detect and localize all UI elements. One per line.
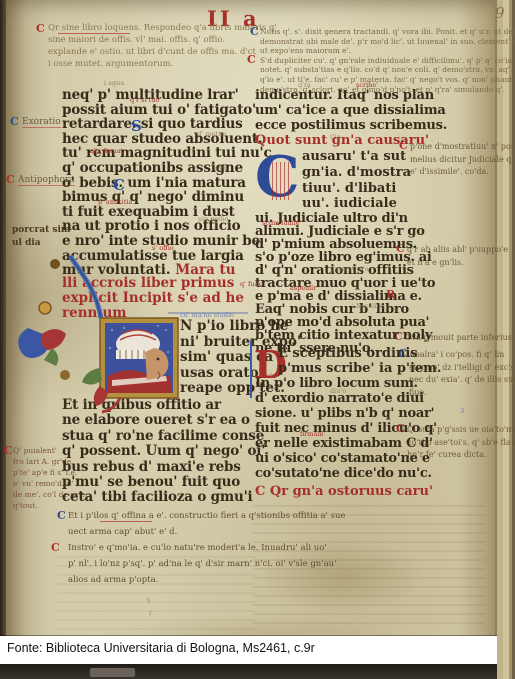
text-line: p' nl'. i lo'nz p'sq'. p' ad'na le q' d'… <box>68 556 345 572</box>
interlinear-gloss: s' offio <box>152 245 174 252</box>
interlinear-gloss: q'r si tuo <box>130 97 159 104</box>
interlinear-gloss: scribe' <box>356 82 378 89</box>
pen-initial-s: S <box>131 117 142 135</box>
manuscript-photo: II a 9 C Qr sine libro loquens. Responde… <box>0 0 515 679</box>
text-line: q' possent. Uum q' nego' oi' <box>62 444 265 459</box>
text-line: indicentur. Itaq' nos plan <box>255 88 447 103</box>
pen-initial-c: C <box>113 176 125 194</box>
text-line: bimus q' q' nego' diminu <box>62 190 272 205</box>
interlinear-gloss: vl' metua <box>196 131 226 138</box>
text-line: Instro' e q'mo'ia. e cu'lo natu're moder… <box>68 540 345 556</box>
text-line: retardare. si quo tardius <box>62 117 272 132</box>
initial-d-flourish <box>250 340 252 398</box>
text-line: fuit nec minus d' ilicu'o q' <box>255 421 437 436</box>
text-line: sine maiori de offis. vl' mai. offis. q'… <box>48 34 277 46</box>
text-line: p'mus scribe' ia p'iem. <box>278 361 441 376</box>
paraph-mark: C <box>36 22 45 35</box>
book-bottom-highlight <box>90 668 135 677</box>
bottom-gloss-block: Et i p'ilos q' offina a e'. constructio … <box>68 508 345 588</box>
text-line: uu'. iudiciale <box>302 196 411 212</box>
text-beside-initial-c: ausaru' t'a sutgn'ia. d'mostratiuu'. d'l… <box>302 149 411 212</box>
text-line: ausaru' t'a sut <box>302 149 411 165</box>
text-line: S'd dupliciter cu'. q' gn'rale indiuidua… <box>260 56 515 66</box>
paraph-mark: C <box>10 115 19 128</box>
paraph-mark: C <box>255 484 265 499</box>
text-beside-initial-d: E sceptibus ordinisp'mus scribe' ia p'ie… <box>278 346 441 376</box>
interlinear-gloss: no'a <box>262 373 276 380</box>
interlinear-gloss: p' amicitia <box>98 199 132 206</box>
book-bottom-edge <box>0 664 497 679</box>
interlinear-gloss: scdm iuaile' <box>262 220 301 227</box>
text-line: p'mu' se benou' fuit quo <box>62 475 265 490</box>
frame-leaf-green <box>82 368 102 385</box>
text-line: tiuu'. d'libati <box>302 181 411 197</box>
gold-bezant <box>60 370 70 380</box>
text-line: stua q' ro'ne facilime conse <box>62 429 265 444</box>
interlinear-gloss: diu'o <box>330 388 346 395</box>
interlinear-gloss: cu' ma'no studio <box>180 312 234 319</box>
portrait-eye <box>157 358 160 361</box>
paraph-mark: C <box>51 541 60 554</box>
text-line: um' ca'ice a que dissialima <box>255 103 447 118</box>
paraph-mark: C <box>250 25 259 38</box>
historiated-initial-miniature <box>8 248 188 418</box>
top-left-gloss: Qr sine libro loquens. Respondeo q'a lib… <box>48 22 277 70</box>
paraph-mark: C <box>4 444 13 457</box>
text-line: alios ad arma p'opta. <box>68 572 345 588</box>
text-line: hec quar studeo absoluent. <box>62 132 272 147</box>
text-line: q' occupationibs assigne <box>62 161 272 176</box>
text-line: i osse mutet. argumentorum. <box>48 58 277 70</box>
text-line: co'sutato'ne dice'do nu'c. <box>255 466 437 481</box>
interlinear-gloss: t'ia <box>330 134 340 141</box>
interlinear-gloss: q'ra <box>298 82 311 89</box>
text-line: ti fuit exequabim i dust <box>62 205 272 220</box>
folio-number: 9 <box>495 4 505 22</box>
paraph-mark: C <box>57 509 66 522</box>
text-line: bus rebus d' maxi'e rebs <box>62 460 265 475</box>
interlinear-gloss: R <box>386 291 395 298</box>
text-line: notet. q' substa'tias e q'llo. co'd q' n… <box>260 65 515 75</box>
text-line: ut expo'ens maiorum e'. <box>260 46 515 56</box>
text-line: e' d'issimile'. co'da. <box>410 166 515 179</box>
gold-bezant <box>39 302 51 314</box>
text-line: gn'ia. d'mostra <box>302 165 411 181</box>
text-line: na ut protio i nos officio <box>62 219 272 234</box>
paraph-mark: C <box>6 173 15 186</box>
interlinear-gloss: i hoc lib'o <box>352 303 384 310</box>
caption-bar: Fonte: Biblioteca Universitaria di Bolog… <box>0 636 497 665</box>
red-underline <box>100 521 152 522</box>
interlinear-gloss: i agna <box>104 80 124 87</box>
interlinear-gloss: 3 <box>460 408 464 415</box>
end-rubric-line: C Qr gn'a ostoruus caru' <box>255 484 433 499</box>
interlinear-gloss: i' <box>149 610 153 617</box>
text-line: E sceptibus ordinis <box>278 346 441 361</box>
interlinear-gloss: aspealir <box>290 285 316 292</box>
interlinear-gloss: uio nedio <box>198 216 228 223</box>
caption-text: Fonte: Biblioteca Universitaria di Bolog… <box>7 641 315 655</box>
text-line: explande e' ostio. ut libri d'cunt de of… <box>48 46 277 58</box>
text-line: ceta' tibi facilioza o gmu'i <box>62 490 265 505</box>
text-line: demonstrat ubi male de'. p'r mo'd lic'. … <box>260 37 515 47</box>
end-rubric-text: Qr gn'a ostoruus caru' <box>270 484 433 499</box>
interlinear-gloss: q' fuac <box>240 281 262 288</box>
text-line: neq' p' multitudine lrar' <box>62 88 272 103</box>
interlinear-gloss: p'mo et ul'o <box>330 266 369 273</box>
left-column-upper-text: neq' p' multitudine lrar'possit aium tui… <box>62 88 272 263</box>
red-underline <box>58 33 130 34</box>
text-line: sione. u' plibs n'b q' noar' <box>255 406 437 421</box>
text-line: possit aium tui o' fatigato' <box>62 103 272 118</box>
paraph-mark: C <box>247 53 256 66</box>
right-column-mid-text: ui. Judiciale ultro di'nalimui. Judicial… <box>255 212 435 355</box>
acanthus-leaf-red <box>41 329 66 350</box>
text-line: ecce postilimus scribemus. <box>255 118 447 133</box>
binding-edge <box>0 0 6 679</box>
text-line: o' bebis. um i'nia matura <box>62 176 272 191</box>
interlinear-gloss: firmam' <box>300 431 325 438</box>
interlinear-gloss: 3 <box>146 598 150 605</box>
text-line: melius dicitur Judiciale q' <box>410 154 515 167</box>
text-line: uect arma cap' abut' e' d. <box>68 524 345 540</box>
right-column-upper-text: indicentur. Itaq' nos planum' ca'ice a q… <box>255 88 447 133</box>
flourish-stem <box>70 256 101 318</box>
gold-bezant <box>50 259 60 269</box>
initial-filigree <box>272 162 290 200</box>
text-line: er nelle existimabam C d' <box>255 436 437 451</box>
text-line: Notis q'. s'. dixit genera tractandi. q'… <box>260 27 515 37</box>
margin-label-exoratio: Exoratio <box>22 117 61 128</box>
text-line: ui o'sico' co'stamato'ne e <box>255 451 437 466</box>
interlinear-gloss: al's firmat <box>90 148 123 155</box>
interlinear-gloss: ad't <box>214 166 226 173</box>
